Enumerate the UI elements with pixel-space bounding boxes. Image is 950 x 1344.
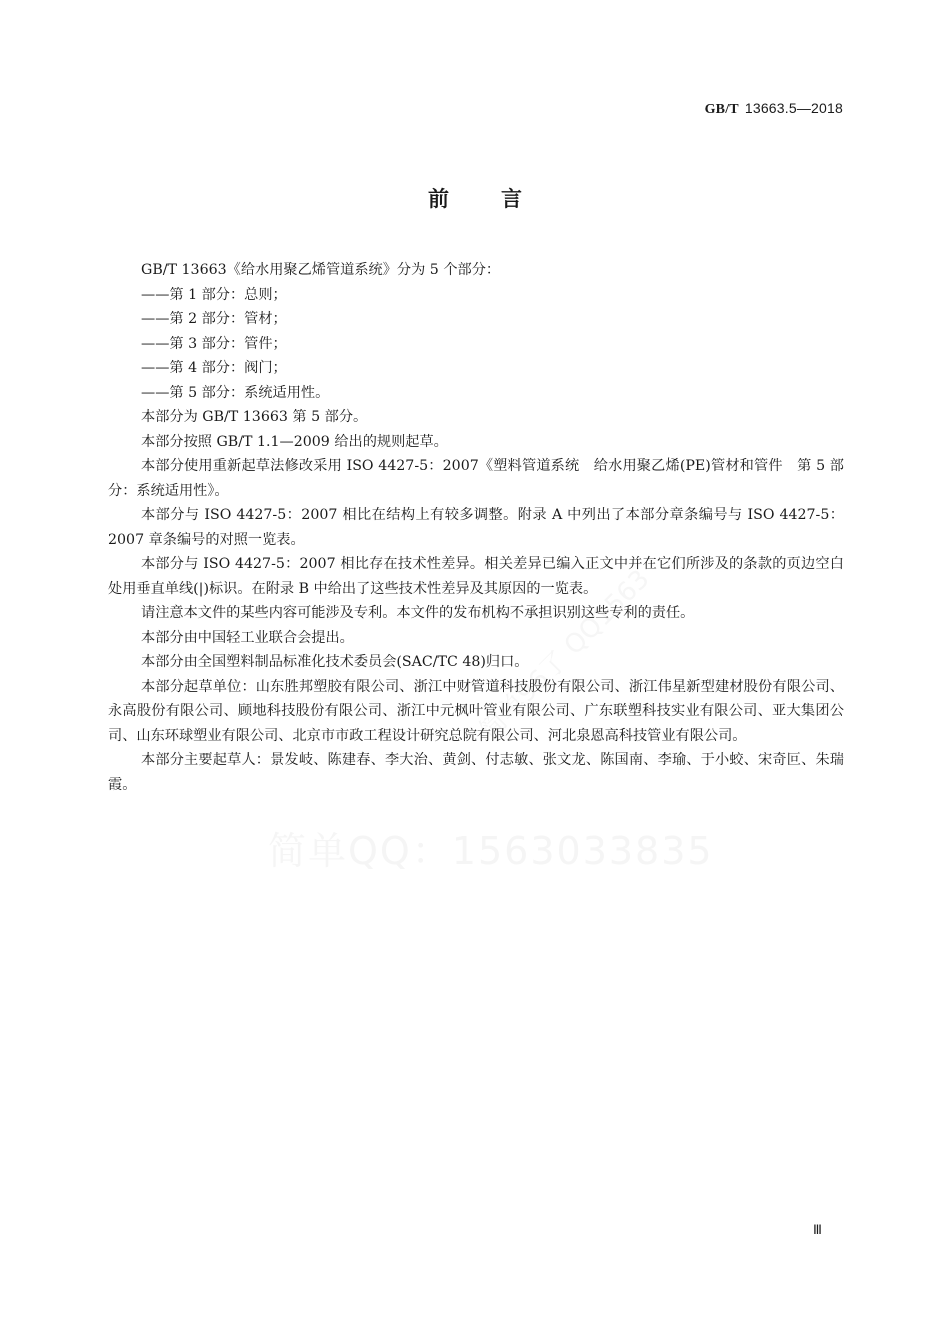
paragraph-structure-changes: 本部分与 ISO 4427-5：2007 相比在结构上有较多调整。附录 A 中列… bbox=[108, 503, 844, 552]
part-list-item: ——第 1 部分：总则； bbox=[108, 283, 844, 308]
part-list-item: ——第 2 部分：管材； bbox=[108, 307, 844, 332]
paragraph-technical-differences: 本部分与 ISO 4427-5：2007 相比存在技术性差异。相关差异已编入正文… bbox=[108, 552, 844, 601]
standard-number: 13663.5—2018 bbox=[745, 100, 843, 116]
standard-prefix: GB/T bbox=[705, 102, 739, 117]
intro-paragraph: GB/T 13663《给水用聚乙烯管道系统》分为 5 个部分： bbox=[108, 258, 844, 283]
page-number: Ⅲ bbox=[813, 1222, 821, 1238]
document-header: GB/T13663.5—2018 bbox=[705, 100, 843, 118]
paragraph-drafters: 本部分主要起草人：景发岐、陈建春、李大治、黄剑、付志敏、张文龙、陈国南、李瑜、于… bbox=[108, 748, 844, 797]
page-title: 前言 bbox=[0, 183, 950, 213]
paragraph-committee: 本部分由全国塑料制品标准化技术委员会(SAC/TC 48)归口。 bbox=[108, 650, 844, 675]
watermark: 简单QQ：1563033835 bbox=[268, 820, 714, 875]
part-list-item: ——第 5 部分：系统适用性。 bbox=[108, 381, 844, 406]
paragraph-adoption: 本部分使用重新起草法修改采用 ISO 4427-5：2007《塑料管道系统 给水… bbox=[108, 454, 844, 503]
paragraph-drafting-rules: 本部分按照 GB/T 1.1—2009 给出的规则起草。 bbox=[108, 430, 844, 455]
paragraph-proposer: 本部分由中国轻工业联合会提出。 bbox=[108, 626, 844, 651]
paragraph-drafting-units: 本部分起草单位：山东胜邦塑胶有限公司、浙江中财管道科技股份有限公司、浙江伟星新型… bbox=[108, 675, 844, 749]
part-list-item: ——第 4 部分：阀门； bbox=[108, 356, 844, 381]
foreword-body: GB/T 13663《给水用聚乙烯管道系统》分为 5 个部分： ——第 1 部分… bbox=[108, 258, 844, 797]
paragraph-part-statement: 本部分为 GB/T 13663 第 5 部分。 bbox=[108, 405, 844, 430]
part-list-item: ——第 3 部分：管件； bbox=[108, 332, 844, 357]
paragraph-patent-notice: 请注意本文件的某些内容可能涉及专利。本文件的发布机构不承担识别这些专利的责任。 bbox=[108, 601, 844, 626]
